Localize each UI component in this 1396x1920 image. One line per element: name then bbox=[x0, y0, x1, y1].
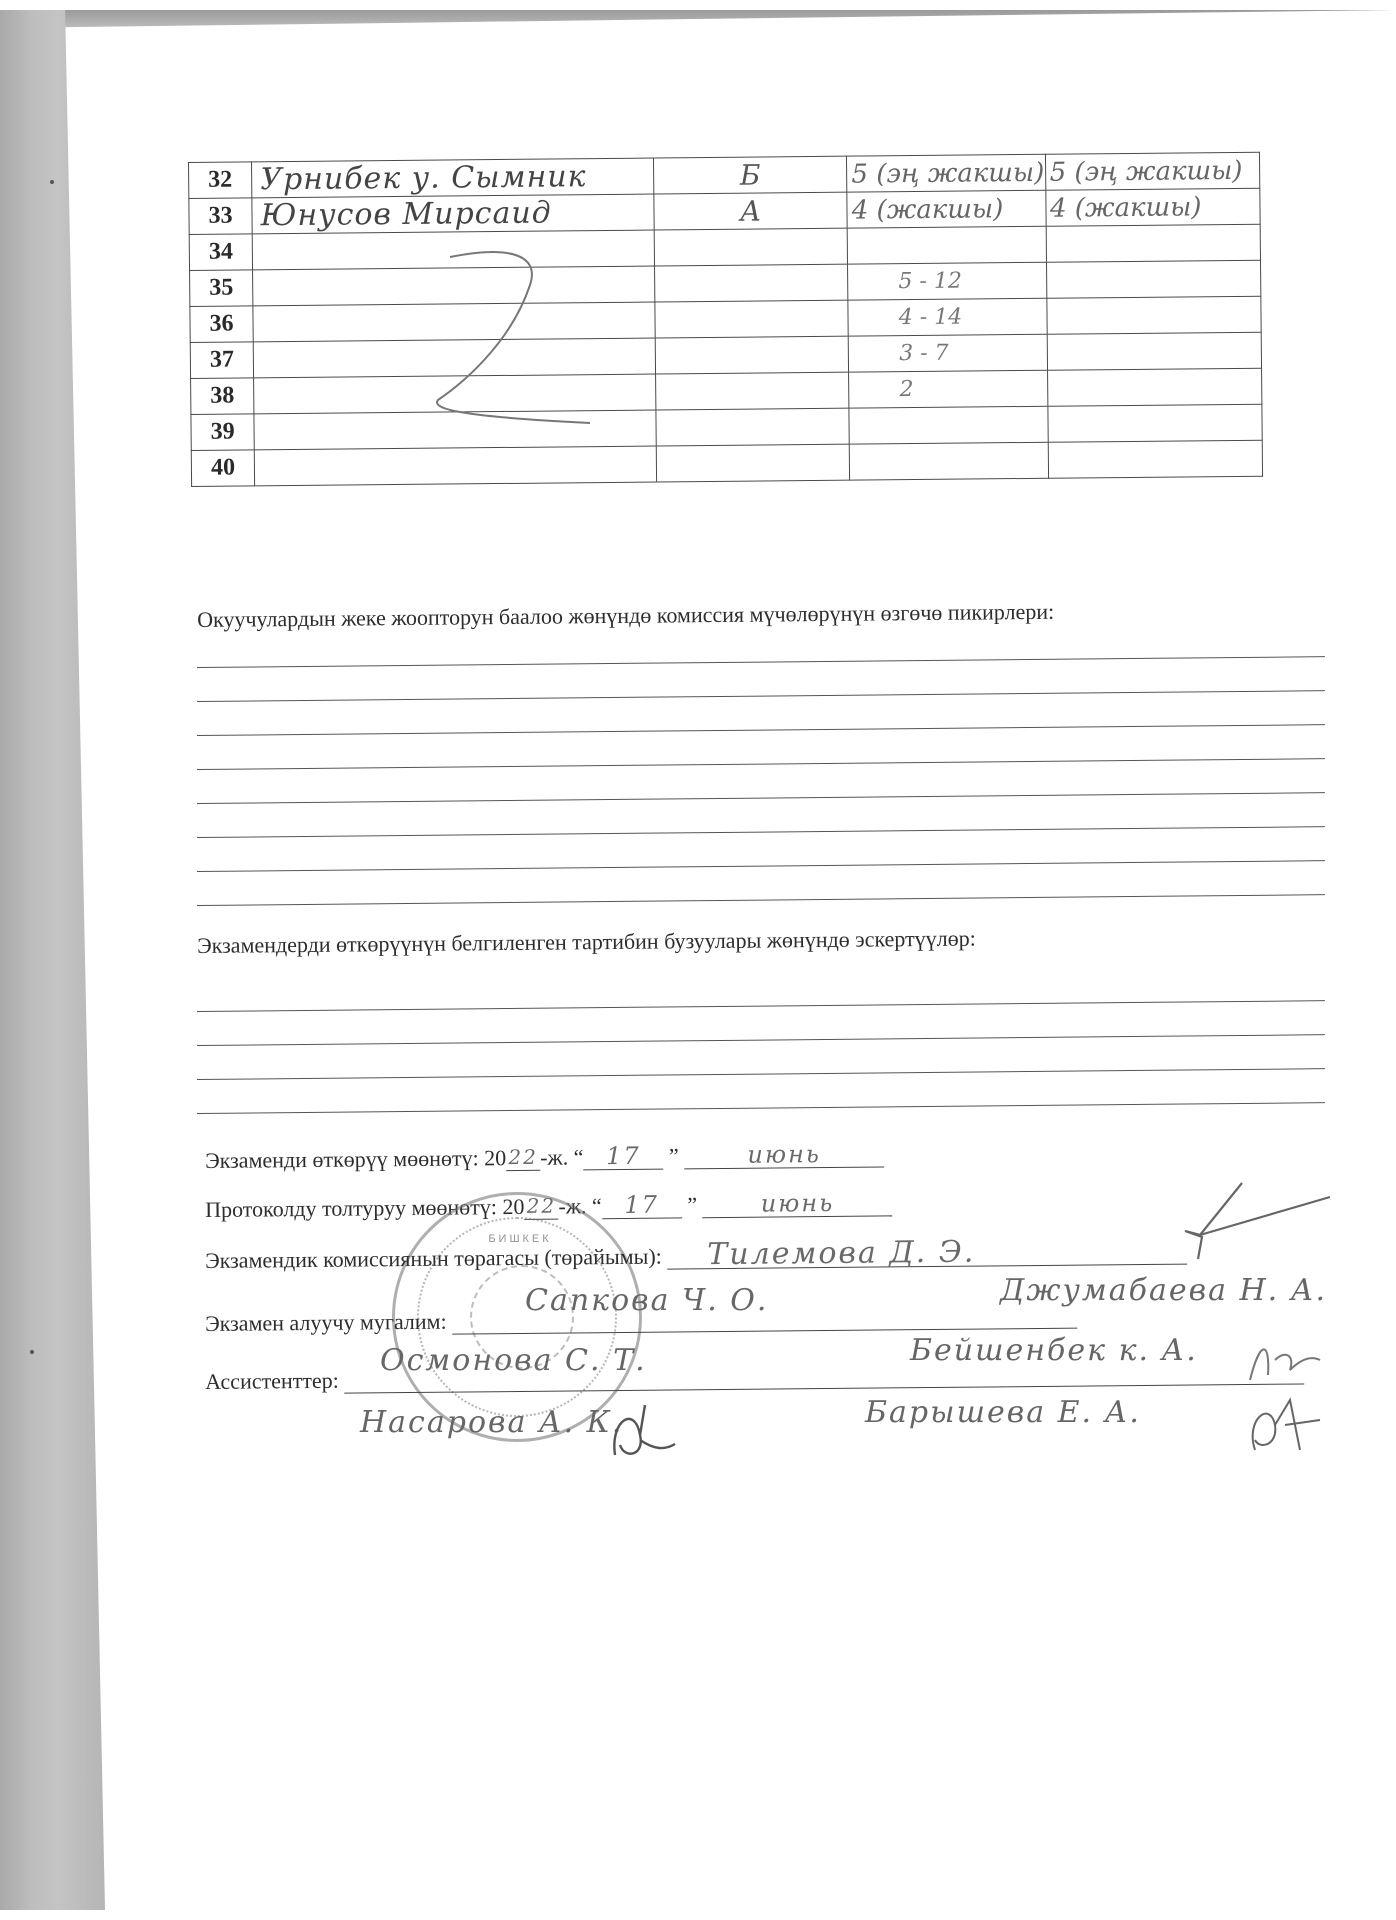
grade-2: 4 (жакшы) bbox=[1046, 192, 1202, 223]
student-name: Юнусов Мирсаид bbox=[252, 196, 551, 234]
opinion-writing-line bbox=[197, 792, 1325, 804]
chair-row: Экзамендик комиссиянын төрагасы (төрайым… bbox=[205, 1238, 1187, 1274]
student-name bbox=[254, 306, 262, 341]
chair-label: Экзамендик комиссиянын төрагасы (төрайым… bbox=[205, 1244, 662, 1273]
row-number-cell: 35 bbox=[190, 270, 253, 307]
row-number: 38 bbox=[210, 383, 234, 409]
violation-writing-line bbox=[197, 1034, 1325, 1046]
row-number-cell: 36 bbox=[190, 306, 253, 343]
grade-2-cell bbox=[1047, 332, 1262, 370]
grade-1: 5 - 12 bbox=[848, 269, 962, 295]
student-group-cell bbox=[654, 228, 848, 266]
row-number: 36 bbox=[209, 311, 233, 337]
assistant-2-signature-mark bbox=[1240, 1330, 1330, 1400]
grade-2 bbox=[1047, 265, 1051, 295]
chair-signature-mark bbox=[1180, 1175, 1360, 1265]
grade-2-cell: 5 (эң жакшы) bbox=[1045, 152, 1260, 190]
row-number-cell: 40 bbox=[191, 450, 254, 487]
student-name-cell: Урнибек у. Сымник bbox=[252, 158, 654, 198]
grade-2-cell bbox=[1046, 224, 1261, 262]
student-name bbox=[254, 342, 262, 377]
student-name bbox=[255, 414, 263, 449]
grade-1: 4 - 14 bbox=[849, 305, 963, 331]
student-group-cell bbox=[655, 300, 849, 338]
grade-1: 4 (жакшы) bbox=[848, 194, 1004, 225]
grade-1: 3 - 7 bbox=[849, 341, 949, 367]
opinion-writing-line bbox=[197, 656, 1325, 668]
violation-writing-line bbox=[197, 1000, 1325, 1012]
grade-2-cell bbox=[1048, 440, 1263, 478]
quote-close: ” bbox=[669, 1143, 679, 1168]
grade-2 bbox=[1048, 373, 1052, 403]
row-number-cell: 38 bbox=[191, 378, 254, 415]
year-tail: -ж. “ bbox=[540, 1144, 584, 1169]
protocol-day: 17 bbox=[602, 1191, 682, 1219]
chair-name: Тилемова Д. Э. bbox=[667, 1235, 975, 1273]
assistant-4-signature-mark bbox=[1240, 1395, 1330, 1465]
assistant-4-name: Барышева Е. А. bbox=[865, 1395, 1141, 1430]
opinion-writing-line bbox=[197, 690, 1325, 702]
grade-2 bbox=[1048, 409, 1052, 439]
row-number: 32 bbox=[208, 167, 232, 193]
grade-1-cell: 4 (жакшы) bbox=[847, 190, 1046, 228]
student-name: Урнибек у. Сымник bbox=[252, 159, 587, 197]
grade-1-cell: 3 - 7 bbox=[848, 334, 1047, 372]
scan-shadow-left bbox=[0, 10, 105, 1910]
student-name bbox=[253, 270, 261, 305]
teacher-name: Сапкова Ч. О. bbox=[525, 1283, 768, 1318]
student-name bbox=[255, 450, 263, 485]
grade-1-cell bbox=[849, 406, 1048, 444]
assistant-3-name: Насарова А. К. bbox=[360, 1405, 623, 1440]
row-number-cell: 33 bbox=[189, 198, 252, 235]
row-number-cell: 39 bbox=[191, 414, 254, 451]
grade-1 bbox=[850, 413, 900, 438]
student-name-cell: Юнусов Мирсаид bbox=[252, 194, 654, 234]
opinions-section-title: Окуучулардын жеке жоопторун баалоо жөнүн… bbox=[197, 599, 1054, 633]
grade-2 bbox=[1048, 445, 1052, 475]
grade-2: 5 (эң жакшы) bbox=[1046, 155, 1243, 187]
student-group-cell bbox=[656, 408, 850, 446]
grade-1 bbox=[850, 449, 900, 474]
grade-2-cell bbox=[1047, 368, 1262, 406]
row-number-cell: 37 bbox=[190, 342, 253, 379]
exam-year: 22 bbox=[506, 1144, 540, 1171]
row-number: 33 bbox=[208, 203, 232, 229]
teacher-name-2: Джумабаева Н. А. bbox=[1000, 1273, 1327, 1308]
opinion-writing-line bbox=[197, 826, 1325, 838]
assistants-label: Ассистенттер: bbox=[205, 1368, 339, 1394]
protocol-month: июнь bbox=[702, 1189, 892, 1218]
row-number: 37 bbox=[210, 347, 234, 373]
grade-1-cell bbox=[850, 442, 1049, 480]
grades-table: 32Урнибек у. СымникБ5 (эң жакшы)5 (эң жа… bbox=[188, 152, 1263, 487]
opinion-writing-line bbox=[197, 724, 1325, 736]
assistant-1-name: Осмонова С. Т. bbox=[380, 1343, 647, 1378]
scan-speck bbox=[50, 180, 54, 184]
student-group-cell: А bbox=[654, 192, 848, 230]
grade-1-cell: 2 bbox=[849, 370, 1048, 408]
row-number: 34 bbox=[209, 239, 233, 265]
exam-month: июнь bbox=[684, 1140, 884, 1169]
opinion-writing-line bbox=[197, 758, 1325, 770]
grade-2 bbox=[1047, 301, 1051, 331]
exam-date-label: Экзаменди өткөрүү мөөнөтү: 20 bbox=[205, 1145, 506, 1173]
student-group-cell bbox=[654, 264, 848, 302]
grade-2-cell: 4 (жакшы) bbox=[1045, 188, 1260, 226]
row-number: 35 bbox=[209, 275, 233, 301]
student-group-cell bbox=[656, 444, 850, 482]
student-name bbox=[253, 234, 261, 269]
student-name bbox=[254, 378, 262, 413]
grade-1-cell bbox=[847, 226, 1046, 264]
exam-date-row: Экзаменди өткөрүү мөөнөтү: 2022-ж. “17 ”… bbox=[205, 1140, 884, 1174]
row-number-cell: 32 bbox=[189, 162, 252, 199]
exam-day: 17 bbox=[583, 1143, 663, 1171]
row-number: 39 bbox=[211, 419, 235, 445]
chair-signature-line: Тилемова Д. Э. bbox=[667, 1238, 1187, 1270]
grade-1-cell: 5 - 12 bbox=[848, 262, 1047, 300]
scan-margin-top bbox=[0, 0, 1396, 10]
grade-2-cell bbox=[1047, 404, 1262, 442]
assistant-3-signature-mark bbox=[600, 1400, 680, 1470]
quote-close: ” bbox=[687, 1192, 697, 1217]
grade-2 bbox=[1047, 337, 1051, 367]
scan-shadow-top bbox=[0, 10, 1396, 28]
student-group: А bbox=[740, 195, 762, 228]
violation-writing-line bbox=[197, 1068, 1325, 1080]
student-group-cell bbox=[655, 336, 849, 374]
scan-speck bbox=[30, 1350, 34, 1354]
grade-1-cell: 4 - 14 bbox=[848, 298, 1047, 336]
grade-2-cell bbox=[1046, 296, 1261, 334]
student-group-cell bbox=[655, 372, 849, 410]
violations-section-title: Экзамендерди өткөрүүнүн белгиленген тарт… bbox=[197, 926, 976, 959]
grade-2 bbox=[1046, 229, 1050, 259]
student-group: Б bbox=[740, 159, 761, 192]
scan-margin-bottom bbox=[0, 1910, 1396, 1920]
grade-1 bbox=[848, 231, 852, 261]
student-group-cell: Б bbox=[653, 156, 847, 194]
grade-1: 2 bbox=[849, 377, 913, 403]
teacher-label: Экзамен алуучу мугалим: bbox=[205, 1309, 447, 1336]
grade-2-cell bbox=[1046, 260, 1261, 298]
violation-writing-line bbox=[197, 1102, 1325, 1114]
strike-through-mark bbox=[430, 245, 630, 425]
opinion-writing-line bbox=[197, 894, 1325, 906]
student-name-cell bbox=[254, 446, 656, 486]
opinion-writing-line bbox=[197, 860, 1325, 872]
row-number: 40 bbox=[211, 455, 235, 481]
assistant-2-name: Бейшенбек к. А. bbox=[910, 1333, 1198, 1368]
grade-1-cell: 5 (эң жакшы) bbox=[847, 154, 1046, 192]
scanned-page: 32Урнибек у. СымникБ5 (эң жакшы)5 (эң жа… bbox=[0, 0, 1396, 1920]
row-number-cell: 34 bbox=[189, 234, 252, 271]
grade-1: 5 (эң жакшы) bbox=[847, 157, 1044, 189]
